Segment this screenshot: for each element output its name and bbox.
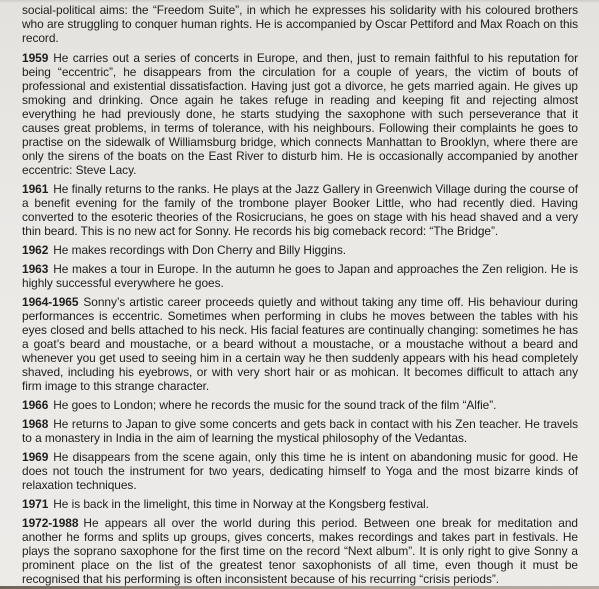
entry-year: 1971 bbox=[22, 497, 48, 511]
timeline-entry-1962: 1962He makes recordings with Don Cherry … bbox=[22, 243, 578, 257]
timeline-entry-1972-1988: 1972-1988He appears all over the world d… bbox=[22, 516, 578, 586]
entry-year: 1961 bbox=[22, 182, 48, 196]
timeline-entry-1971: 1971He is back in the limelight, this ti… bbox=[22, 497, 578, 511]
entry-text: Sonny’s artistic career proceeds quietly… bbox=[22, 295, 578, 393]
entry-text: He makes recordings with Don Cherry and … bbox=[53, 243, 346, 257]
entry-text: He finally returns to the ranks. He play… bbox=[22, 182, 578, 238]
entry-year: 1963 bbox=[22, 262, 48, 276]
entry-year: 1964-1965 bbox=[22, 295, 78, 309]
timeline-entry-1961: 1961He finally returns to the ranks. He … bbox=[22, 182, 578, 238]
timeline-entry-1968: 1968He returns to Japan to give some con… bbox=[22, 417, 578, 445]
entry-text: He carries out a series of concerts in E… bbox=[22, 51, 578, 177]
entry-year: 1962 bbox=[22, 243, 48, 257]
liner-notes-page: social-political aims: the “Freedom Suit… bbox=[22, 3, 578, 589]
entry-year: 1959 bbox=[22, 51, 48, 65]
entry-year: 1968 bbox=[22, 417, 48, 431]
timeline-entry-1959: 1959He carries out a series of concerts … bbox=[22, 51, 578, 177]
timeline-entry-1964-1965: 1964-1965Sonny’s artistic career proceed… bbox=[22, 295, 578, 393]
timeline-entry-1966: 1966He goes to London; where he records … bbox=[22, 398, 578, 412]
entry-text: He makes a tour in Europe. In the autumn… bbox=[22, 262, 578, 290]
timeline-entry-1969: 1969He disappears from the scene again, … bbox=[22, 450, 578, 492]
entry-year: 1972-1988 bbox=[22, 516, 78, 530]
entry-text: He is back in the limelight, this time i… bbox=[53, 497, 429, 511]
entry-text: He goes to London; where he records the … bbox=[53, 398, 496, 412]
entry-year: 1969 bbox=[22, 450, 48, 464]
entry-text: He appears all over the world during thi… bbox=[22, 516, 578, 586]
entry-text: He disappears from the scene again, only… bbox=[22, 450, 578, 492]
timeline-entry-1963: 1963He makes a tour in Europe. In the au… bbox=[22, 262, 578, 290]
entry-year: 1966 bbox=[22, 398, 48, 412]
entry-text: He returns to Japan to give some concert… bbox=[22, 417, 578, 445]
intro-paragraph: social-political aims: the “Freedom Suit… bbox=[22, 3, 578, 45]
